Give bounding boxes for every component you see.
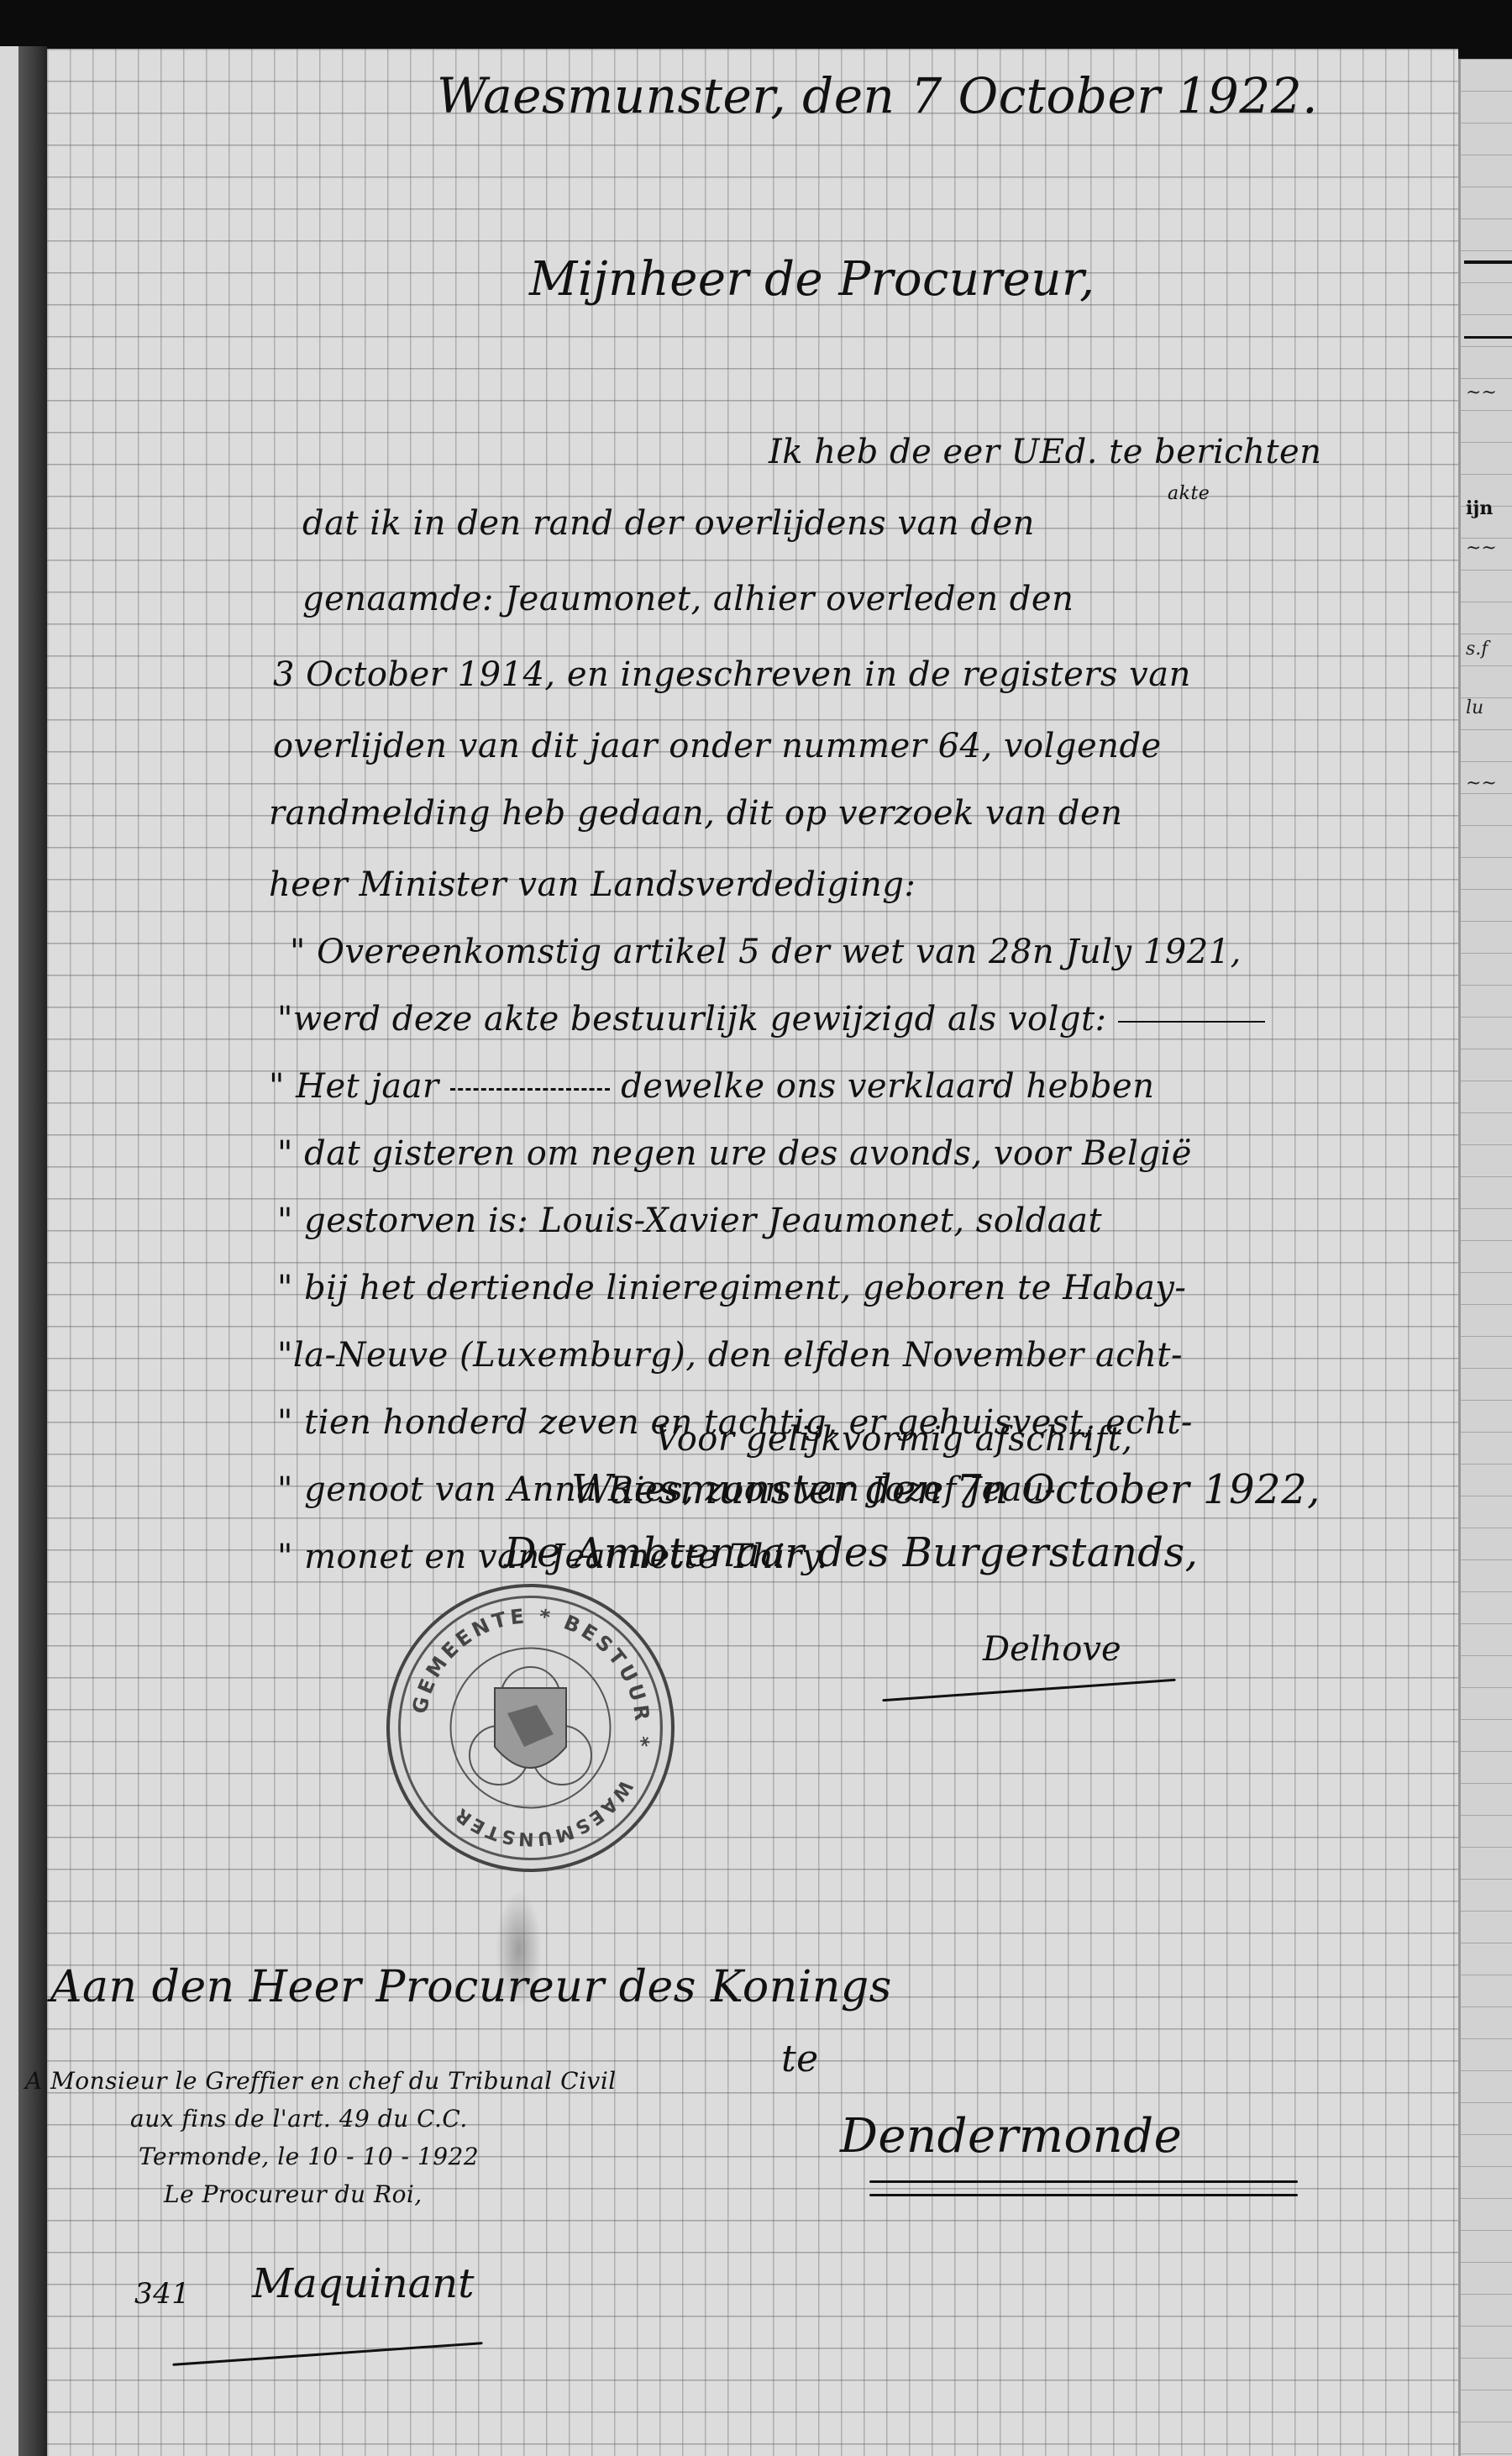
prosecutor-signature: Maquinant: [252, 2260, 475, 2307]
insertion-above: akte: [1168, 483, 1210, 504]
body-line-1: Ik heb de eer UEd. te berichten: [769, 433, 1321, 471]
printed-rule: [1464, 260, 1512, 264]
body-line-11: " dat gisteren om negen ure des avonds, …: [277, 1134, 1192, 1173]
handwriting-fragment: ~~: [1466, 773, 1497, 794]
fill-line: [1118, 1021, 1265, 1023]
city-underline: [869, 2194, 1298, 2196]
body-line-6: randmelding heb gedaan, dit op verzoek v…: [269, 794, 1122, 833]
body-line-9: "werd deze akte bestuurlijk gewijzigd al…: [277, 1000, 1265, 1039]
body-line-9-text: "werd deze akte bestuurlijk gewijzigd al…: [277, 1000, 1107, 1039]
municipal-seal-stamp: GEMEENTE * BESTUUR * WAESMUNSTER: [386, 1584, 675, 1872]
previous-page-edge: [0, 46, 18, 2456]
body-line-5: overlijden van dit jaar onder nummer 64,…: [273, 727, 1162, 765]
addressee-te: te: [781, 2038, 819, 2080]
stamp-text-bottom: WAESMUNSTER: [450, 1776, 636, 1849]
body-line-14: "la-Neuve (Luxemburg), den elfden Novemb…: [277, 1336, 1183, 1375]
dashed-fill: [450, 1088, 610, 1091]
place-date-header: Waesmunster, den 7 October 1922.: [437, 67, 1318, 124]
salutation: Mijnheer de Procureur,: [529, 252, 1095, 307]
official-signature: Delhove: [983, 1630, 1121, 1669]
seal-emblem-icon: GEMEENTE * BESTUUR * WAESMUNSTER: [390, 1587, 671, 1869]
next-page-fragment: ~~ ijn ~~ s.f lu ~~: [1458, 59, 1512, 2456]
annotation-line-3: Termonde, le 10 - 10 - 1922: [139, 2143, 479, 2170]
city-underline: [869, 2180, 1298, 2183]
handwriting-fragment: lu: [1466, 697, 1483, 718]
letter-page: [47, 49, 1458, 2456]
handwriting-fragment: ~~: [1466, 382, 1497, 403]
body-line-10b: dewelke ons verklaard hebben: [621, 1067, 1154, 1106]
body-line-12: " gestorven is: Louis-Xavier Jeaumonet, …: [277, 1202, 1102, 1240]
addressee-line: Aan den Heer Procureur des Konings: [50, 1962, 892, 2012]
body-line-13: " bij het dertiende linieregiment, gebor…: [277, 1269, 1186, 1307]
annotation-line-1: A Monsieur le Greffier en chef du Tribun…: [25, 2067, 617, 2095]
printed-word-fragment: ijn: [1466, 497, 1493, 519]
body-line-2: dat ik in den rand der overlijdens van d…: [302, 504, 1035, 543]
closing-place-date: Waesmunster den 7n October 1922,: [571, 1466, 1320, 1513]
body-line-7: heer Minister van Landsverdediging:: [269, 865, 916, 904]
svg-text:WAESMUNSTER: WAESMUNSTER: [450, 1776, 636, 1849]
handwriting-fragment: s.f: [1466, 639, 1488, 660]
body-line-10a: " Het jaar: [269, 1067, 439, 1106]
body-line-10: " Het jaar dewelke ons verklaard hebben: [269, 1067, 1154, 1106]
annotation-line-4: Le Procureur du Roi,: [164, 2180, 423, 2208]
addressee-city: Dendermonde: [840, 2109, 1182, 2164]
handwriting-fragment: ~~: [1466, 538, 1497, 559]
body-line-3: genaamde: Jeaumonet, alhier overleden de…: [302, 580, 1074, 618]
body-line-4: 3 October 1914, en ingeschreven in de re…: [273, 655, 1191, 694]
certification-line: Voor gelijkvormig afschrift,: [655, 1420, 1132, 1459]
folio-number: 341: [134, 2277, 190, 2311]
body-line-8: " Overeenkomstig artikel 5 der wet van 2…: [290, 933, 1242, 971]
annotation-line-2: aux fins de l'art. 49 du C.C.: [130, 2105, 468, 2133]
printed-rule: [1464, 336, 1512, 339]
closing-title: De Ambtenaar des Burgerstands,: [504, 1529, 1198, 1576]
